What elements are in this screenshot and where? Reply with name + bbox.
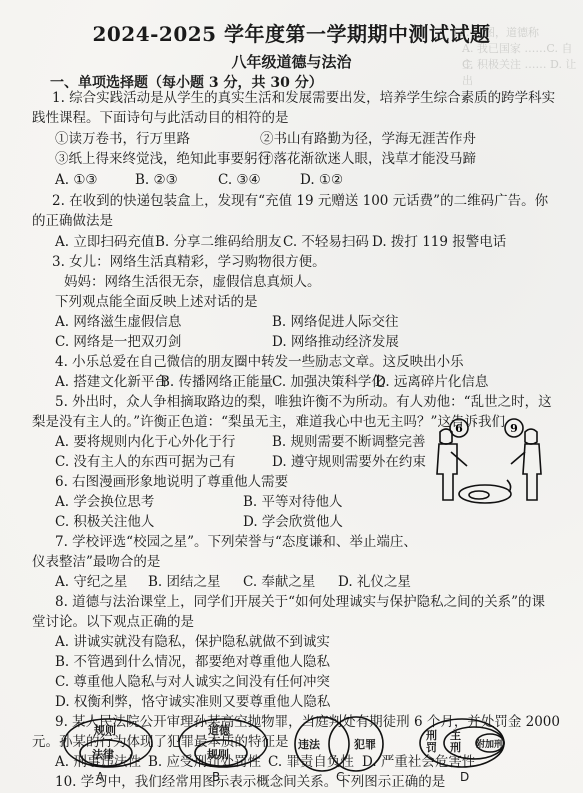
question-6-option-b: B. 平等对待他人 xyxy=(243,492,343,512)
diagram-b-outer-label: 道德 xyxy=(208,722,230,738)
exam-subtitle: 八年级道德与法治 xyxy=(0,51,583,72)
diagram-b-inner-label: 规则 xyxy=(207,746,229,762)
exam-title: 2024-2025 学年度第一学期期中测试试题 xyxy=(0,18,583,47)
question-7-option-b: B. 团结之星 xyxy=(148,572,221,592)
question-3-option-d: D. 网络推动经济发展 xyxy=(272,332,399,352)
question-4-option-a: A. 搭建文化新平台 xyxy=(55,372,168,392)
question-8-stem-cont: 堂讨论。以下观点正确的是 xyxy=(32,612,194,632)
question-1-stem: 1. 综合实践活动是从学生的真实生活和发展需要出发，培养学生综合素质的跨学科实 xyxy=(52,88,555,108)
question-2-option-b: B. 分享二维码给朋友 xyxy=(155,232,282,252)
question-1-item-1: ①读万卷书，行万里路 xyxy=(55,129,190,149)
question-7-option-d: D. 礼仪之星 xyxy=(338,572,411,592)
exam-page: 12. 如图，道德称 A. 我已国家 ……C. 自主 C. 积极关注 …… D.… xyxy=(0,0,583,793)
question-1-option-a: A. ①③ xyxy=(55,170,98,190)
question-2-option-d: D. 拨打 119 报警电话 xyxy=(372,232,506,252)
question-4-option-b: B. 传播网络正能量 xyxy=(160,372,273,392)
question-1-item-3: ③纸上得来终觉浅，绝知此事要躬行 xyxy=(55,149,271,169)
question-5-option-c: C. 没有主人的东西可据为己有 xyxy=(55,452,235,472)
question-8-option-d: D. 权衡利弊，恪守诚实准则又要尊重他人隐私 xyxy=(55,692,330,712)
question-8-stem: 8. 道德与法治课堂上，同学们开展关于“如何处理诚实与保护隐私之间的关系”的课 xyxy=(55,592,545,612)
diagram-a-inner-label: 法律 xyxy=(92,746,114,762)
diagram-d-outer-label: 刑罚 xyxy=(426,730,438,754)
question-1-stem-cont: 践性课程。下面诗句与此活动目的相符的是 xyxy=(32,108,289,128)
question-1-option-d: D. ①② xyxy=(300,170,343,190)
question-7-option-c: C. 奉献之星 xyxy=(243,572,315,592)
diagram-d-letter: D xyxy=(460,770,469,784)
question-6-stem: 6. 右图漫画形象地说明了尊重他人需要 xyxy=(55,472,288,492)
question-10-stem: 10. 学习中，我们经常用图示表示概念间关系。下列图示正确的是 xyxy=(55,772,445,792)
question-1-option-b: B. ②③ xyxy=(135,170,178,190)
question-5-option-d: D. 遵守规则需要外在约束 xyxy=(272,452,426,472)
question-7-stem-cont: 仪表整洁”最吻合的是 xyxy=(32,552,160,572)
question-1-item-4: ④落花渐欲迷人眼，浅草才能没马蹄 xyxy=(260,149,476,169)
question-3-option-a: A. 网络滋生虚假信息 xyxy=(55,312,181,332)
question-3-option-c: C. 网络是一把双刃剑 xyxy=(55,332,181,352)
diagram-b-letter: B xyxy=(212,770,220,784)
diagram-a-outer-label: 规则 xyxy=(94,722,116,738)
question-3-stem-cont: 妈妈：网络生活很无奈，虚假信息真烦人。 xyxy=(64,272,321,292)
question-8-option-b: B. 不管遇到什么情况，都要绝对尊重他人隐私 xyxy=(55,652,330,672)
question-3-option-b: B. 网络促进人际交往 xyxy=(272,312,399,332)
diagram-d-middle-label: 主刑 xyxy=(450,730,462,754)
question-4-option-d: D. 远离碎片化信息 xyxy=(375,372,488,392)
question-6-option-a: A. 学会换位思考 xyxy=(55,492,154,512)
question-2-option-c: C. 不轻易扫码 xyxy=(283,232,369,252)
question-8-option-a: A. 讲诚实就没有隐私，保护隐私就做不到诚实 xyxy=(55,632,330,652)
left-bubble-numeral: 6 xyxy=(455,422,463,435)
question-5-option-b: B. 规则需要不断调整完善 xyxy=(272,432,426,452)
question-4-stem: 4. 小乐总爱在自己微信的朋友圈中转发一些励志文章。这反映出小乐 xyxy=(55,352,464,372)
diagram-c-right-label: 犯罪 xyxy=(354,736,376,752)
question-1-option-c: C. ③④ xyxy=(218,170,261,190)
question-3-prompt: 下列观点能全面反映上述对话的是 xyxy=(55,292,258,312)
question-2-stem: 2. 在收到的快递包装盒上，发现有“充值 19 元赠送 100 元话费”的二维码… xyxy=(52,191,548,211)
question-3-stem: 3. 女儿：网络生活真精彩，学习购物很方便。 xyxy=(52,252,326,272)
question-1-item-2: ②书山有路勤为径，学海无涯苦作舟 xyxy=(260,129,476,149)
right-bubble-numeral: 9 xyxy=(510,422,518,435)
cartoon-figure-6-9: 6 9 xyxy=(425,418,555,508)
diagram-d-inner-label: 附加刑 xyxy=(476,737,503,750)
question-8-option-c: C. 尊重他人隐私与对人诚实之间没有任何冲突 xyxy=(55,672,330,692)
question-6-option-c: C. 积极关注他人 xyxy=(55,512,154,532)
question-7-option-a: A. 守纪之星 xyxy=(55,572,127,592)
diagram-a-letter: A xyxy=(96,770,104,784)
question-4-option-c: C. 加强决策科学化 xyxy=(272,372,385,392)
diagram-c-letter: C xyxy=(336,770,344,784)
diagram-c-left-label: 违法 xyxy=(298,736,320,752)
question-5-option-a: A. 要将规则内化于心外化于行 xyxy=(55,432,235,452)
question-6-option-d: D. 学会欣赏他人 xyxy=(243,512,343,532)
question-7-stem: 7. 学校评选“校园之星”。下列荣誉与“态度谦和、举止端庄、 xyxy=(55,532,417,552)
question-5-stem: 5. 外出时，众人争相摘取路边的梨，唯独许衡不为所动。有人劝他：“乱世之时，这 xyxy=(55,392,552,412)
question-2-stem-cont: 的正确做法是 xyxy=(32,211,113,231)
question-2-option-a: A. 立即扫码充值 xyxy=(55,232,154,252)
